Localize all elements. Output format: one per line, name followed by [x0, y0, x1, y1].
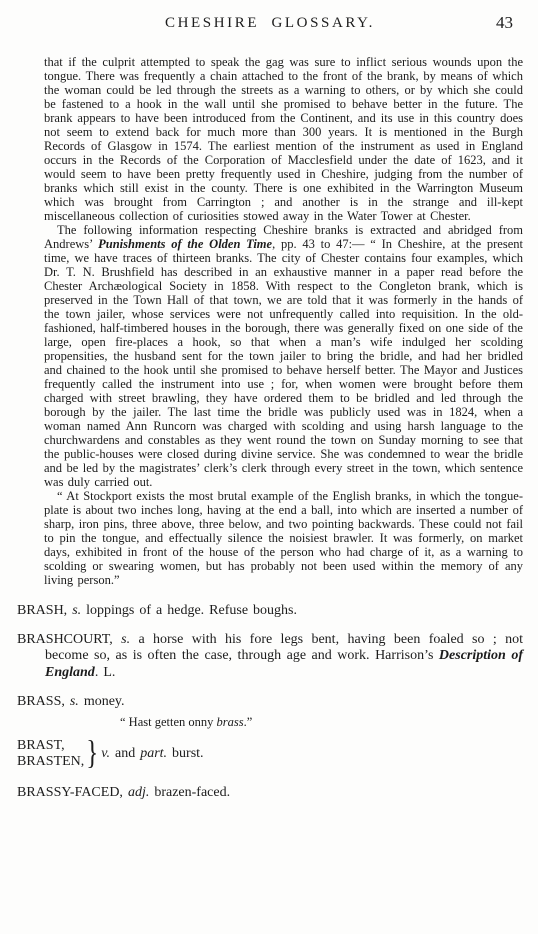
text-run: and	[110, 746, 140, 761]
text-run: brass	[217, 715, 244, 729]
body-paragraph: The following information respecting Che…	[44, 223, 523, 489]
glossary-entry: BRASSY-FACED, adj. brazen-faced.	[17, 785, 523, 801]
glossary-entry-braced: BRAST,BRASTEN,}v. and part. burst.	[17, 738, 523, 770]
text-run: money.	[79, 694, 125, 709]
text-run: Punishments of the Olden Time	[98, 237, 272, 251]
text-run: BRASS,	[17, 694, 70, 709]
scanned-book-page: CHESHIRE GLOSSARY. 43 that if the culpri…	[0, 0, 538, 934]
usage-quotation: “ Hast getten onny brass.”	[120, 715, 523, 729]
brace-icon: }	[86, 737, 98, 771]
text-run: that if the culprit attempted to speak t…	[44, 55, 523, 223]
glossary-entry: BRASH, s. loppings of a hedge. Refuse bo…	[17, 603, 523, 619]
text-run: .”	[244, 715, 253, 729]
text-run: s.	[121, 632, 130, 647]
headword-stack: BRAST,BRASTEN,	[17, 738, 84, 770]
text-run: BRASHCOURT,	[17, 632, 121, 647]
text-run: part.	[140, 746, 167, 761]
text-run: BRASSY-FACED,	[17, 785, 128, 800]
glossary-entry: BRASHCOURT, s. a horse with his fore leg…	[17, 632, 523, 681]
entry-definition: v. and part. burst.	[101, 746, 203, 762]
body-paragraph: “ At Stockport exists the most brutal ex…	[44, 489, 523, 587]
text-run: v.	[101, 746, 110, 761]
page-number: 43	[496, 13, 513, 33]
glossary-entry: BRASS, s. money.	[17, 694, 523, 710]
text-run: burst.	[167, 746, 204, 761]
text-run: , pp. 43 to 47:— “ In Cheshire, at the p…	[44, 237, 523, 489]
text-run: “ At Stockport exists the most brutal ex…	[44, 489, 523, 587]
text-run: BRASH,	[17, 603, 72, 618]
page-header: CHESHIRE GLOSSARY. 43	[17, 13, 523, 35]
text-run: adj.	[128, 785, 149, 800]
text-run: brazen-faced.	[149, 785, 230, 800]
running-title: CHESHIRE GLOSSARY.	[17, 15, 523, 32]
text-run: “ Hast getten onny	[120, 715, 217, 729]
body-paragraph: that if the culprit attempted to speak t…	[44, 55, 523, 223]
headword: BRAST,	[17, 738, 84, 754]
text-run: . L.	[95, 665, 116, 680]
text-run: s.	[70, 694, 79, 709]
headword: BRASTEN,	[17, 754, 84, 770]
text-run: s.	[72, 603, 81, 618]
text-run: loppings of a hedge. Refuse boughs.	[81, 603, 297, 618]
page-body: that if the culprit attempted to speak t…	[17, 55, 523, 801]
